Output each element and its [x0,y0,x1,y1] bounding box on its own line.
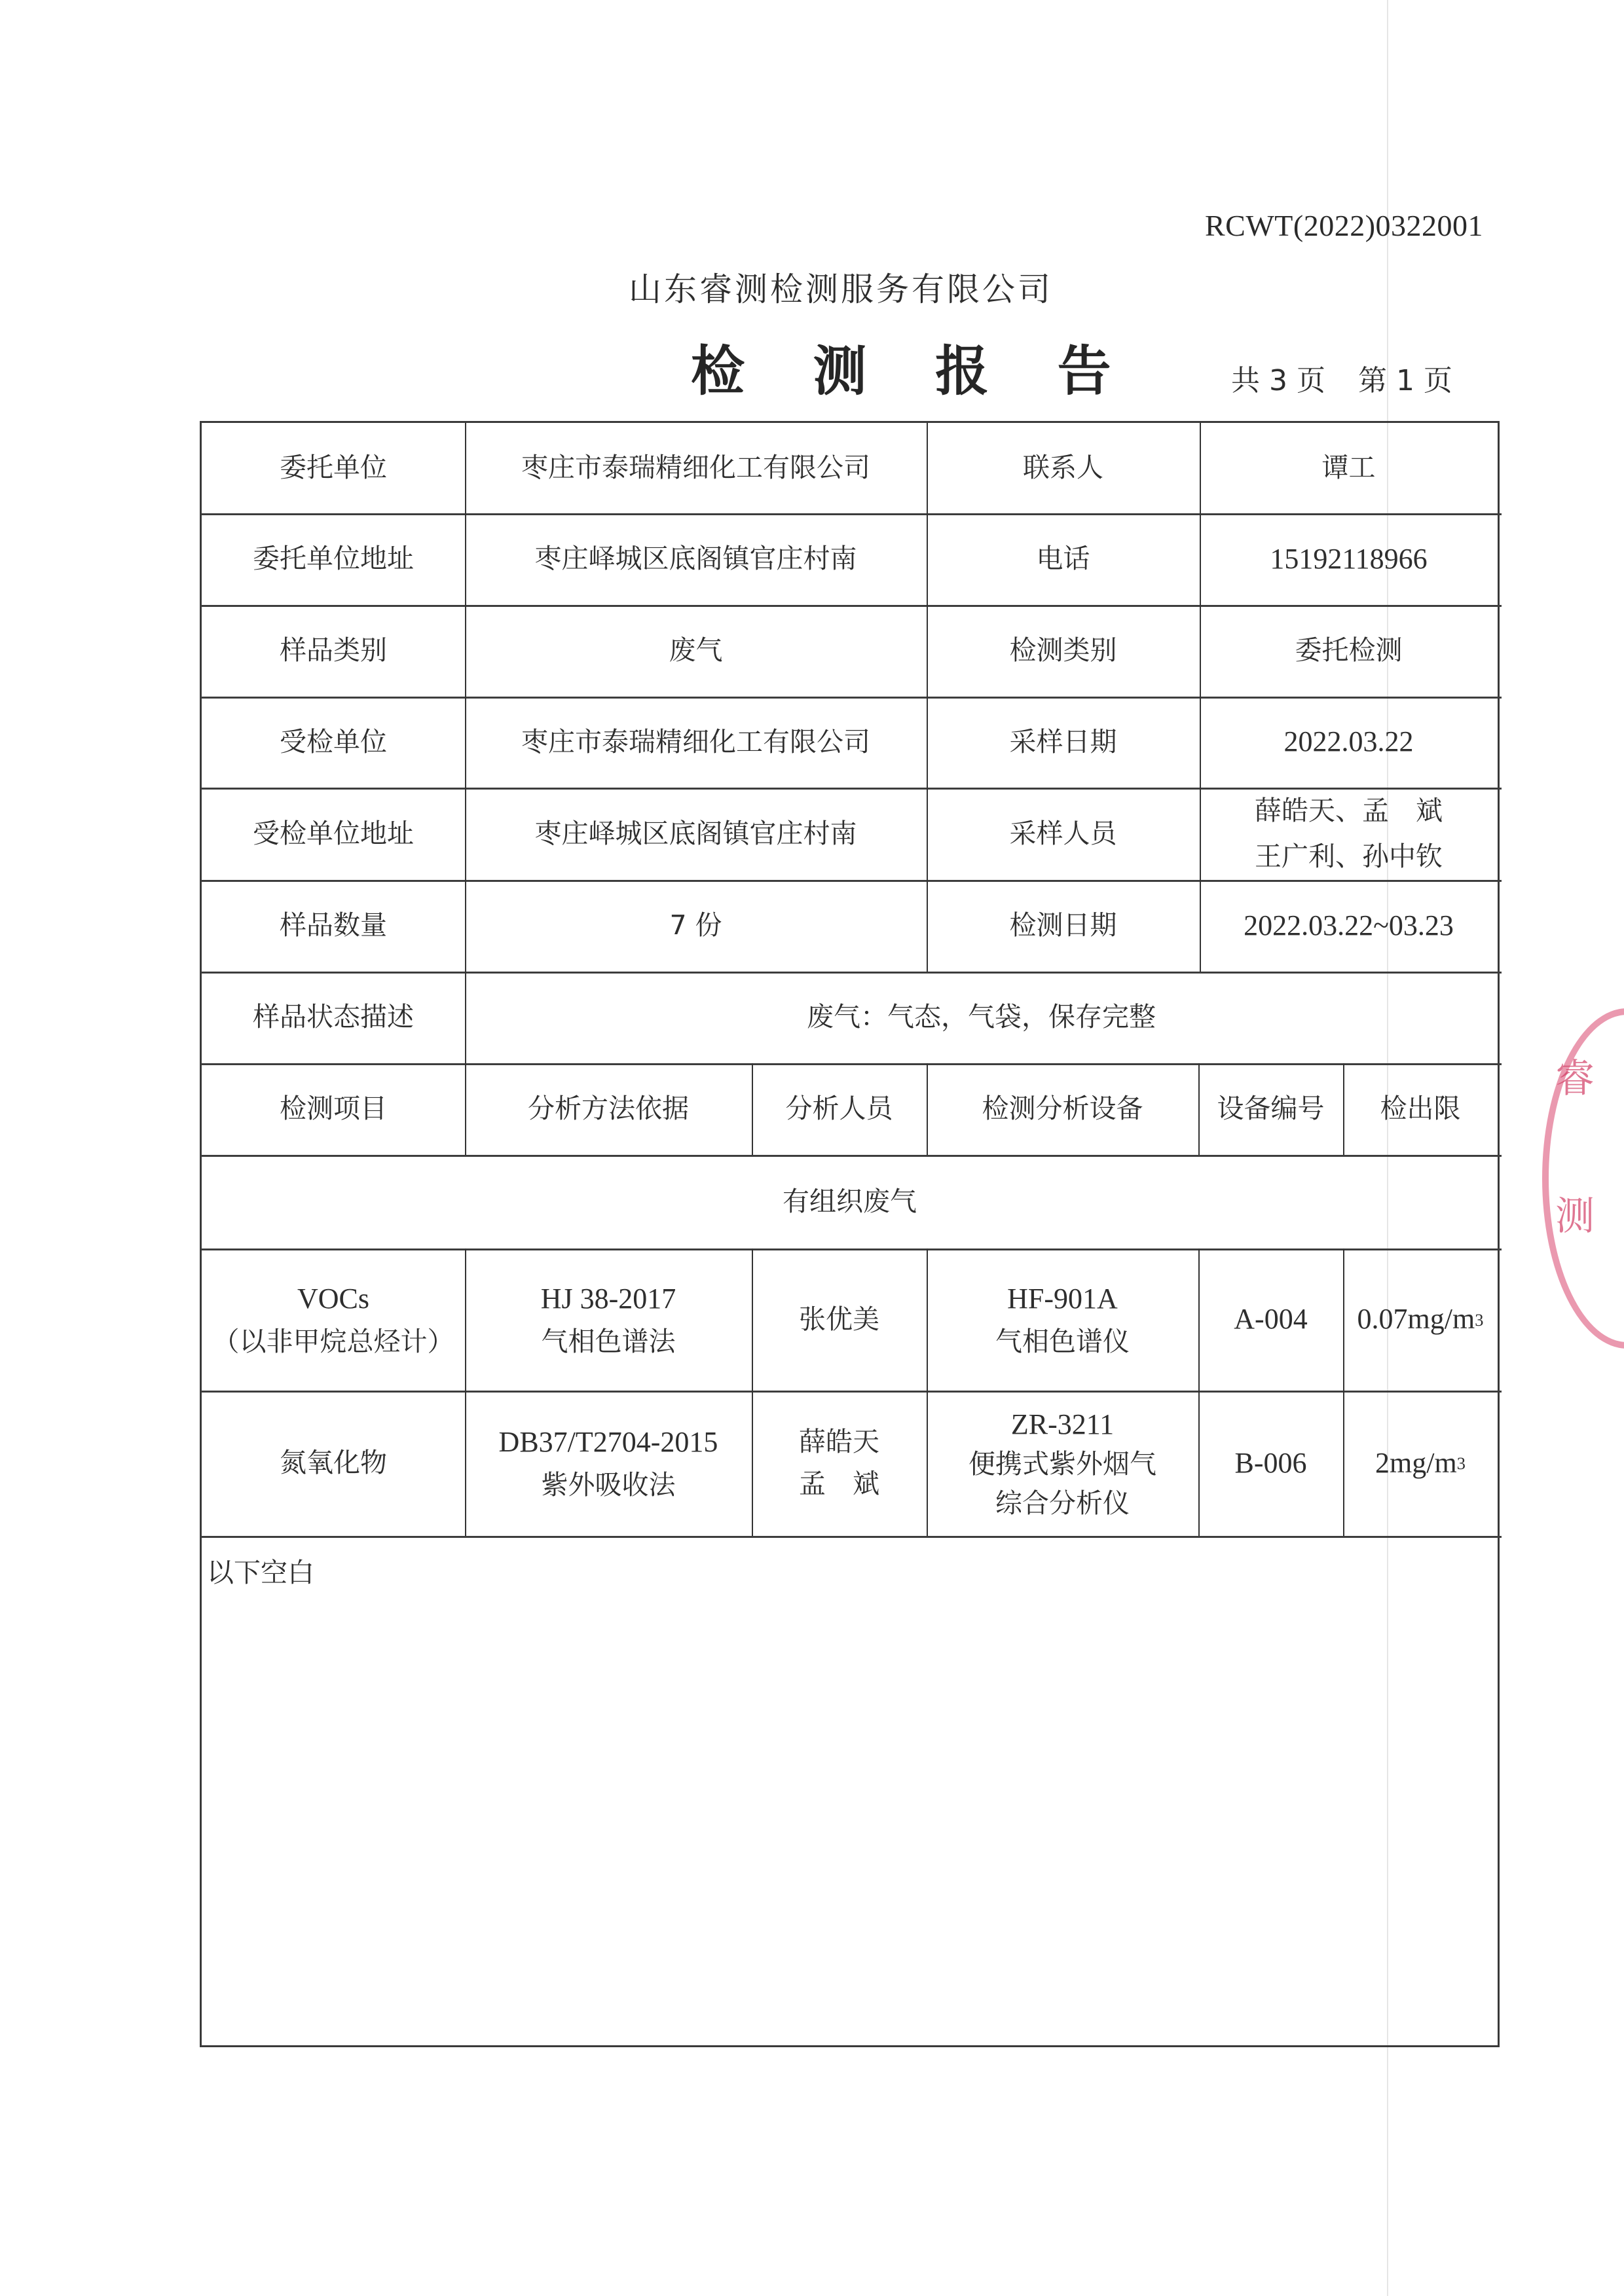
inspected-unit-value: 枣庄市泰瑞精细化工有限公司 [465,697,927,788]
samplers-value: 薛皓天、孟 斌 王广利、孙中钦 [1200,788,1498,880]
item-name: 氮氧化物 [280,1442,387,1484]
phone-label: 电话 [927,513,1200,605]
col-header-equipment: 检测分析设备 [927,1063,1198,1155]
method-name: 气相色谱法 [542,1321,676,1363]
col-header-equipment-id: 设备编号 [1198,1063,1343,1155]
test-type-value: 委托检测 [1200,605,1498,697]
table-row-item: 氮氧化物 [202,1391,465,1536]
seal-char: 睿 [1555,1048,1595,1104]
inspected-address-value: 枣庄峄城区底阁镇官庄村南 [465,788,927,880]
page-indicator: 共 3 页 第 1 页 [1231,357,1452,399]
detection-limit-value: 2mg/m [1375,1441,1457,1485]
inspected-unit-label: 受检单位 [202,697,465,788]
sample-count-value: 7 份 [465,880,927,972]
sample-count-label: 样品数量 [202,880,465,972]
table-row-detection-limit: 0.07mg/m3 [1343,1248,1498,1391]
report-table: 委托单位 枣庄市泰瑞精细化工有限公司 联系人 谭工 委托单位地址 枣庄峄城区底阁… [200,421,1500,2047]
table-row-equipment: ZR-3211 便携式紫外烟气 综合分析仪 [927,1391,1198,1536]
blank-area: 以下空白 [202,1538,1498,2045]
test-type-label: 检测类别 [927,605,1200,697]
sampling-date-label: 采样日期 [927,697,1200,788]
detection-limit-value: 0.07mg/m [1357,1297,1475,1341]
col-header-analyst: 分析人员 [752,1063,927,1155]
page-title: 检 测 报 告 [691,329,1136,405]
samplers-label: 采样人员 [927,788,1200,880]
section-title: 有组织废气 [202,1155,1498,1248]
analyst-name: 孟 斌 [799,1463,879,1505]
table-row-item: VOCs （以非甲烷总烃计） [202,1248,465,1391]
col-header-item: 检测项目 [202,1063,465,1155]
test-date-value: 2022.03.22~03.23 [1200,880,1498,972]
sample-state-label: 样品状态描述 [202,972,465,1063]
samplers-line-1: 薛皓天、孟 斌 [1255,788,1443,834]
equipment-model: ZR-3211 [1011,1404,1114,1446]
analyst-name: 薛皓天 [799,1421,879,1463]
table-row-analyst: 薛皓天 孟 斌 [752,1391,927,1536]
table-row-equipment-id: A-004 [1198,1248,1343,1391]
client-address-value: 枣庄峄城区底阁镇官庄村南 [465,513,927,605]
client-address-label: 委托单位地址 [202,513,465,605]
client-label: 委托单位 [202,423,465,513]
contact-label: 联系人 [927,423,1200,513]
samplers-line-2: 王广利、孙中钦 [1255,834,1443,880]
table-row-method: HJ 38-2017 气相色谱法 [465,1248,752,1391]
total-pages: 共 3 页 [1231,357,1325,399]
sample-type-label: 样品类别 [202,605,465,697]
table-row-method: DB37/T2704-2015 紫外吸收法 [465,1391,752,1536]
test-date-label: 检测日期 [927,880,1200,972]
report-number: RCWT(2022)0322001 [1205,208,1483,243]
blank-note: 以下空白 [207,1551,314,1590]
client-value: 枣庄市泰瑞精细化工有限公司 [465,423,927,513]
equipment-name-cont: 综合分析仪 [995,1484,1130,1523]
equipment-name: 便携式紫外烟气 [969,1445,1156,1484]
method-code: HJ 38-2017 [541,1277,676,1321]
method-name: 紫外吸收法 [542,1465,676,1506]
table-row-analyst: 张优美 [752,1248,927,1391]
table-row-equipment: HF-901A 气相色谱仪 [927,1248,1198,1391]
equipment-model: HF-901A [1007,1277,1118,1321]
col-header-method: 分析方法依据 [465,1063,752,1155]
current-page: 第 1 页 [1358,357,1452,399]
company-name: 山东睿测检测服务有限公司 [629,263,1053,310]
table-row-equipment-id: B-006 [1198,1391,1343,1536]
table-row-detection-limit: 2mg/m3 [1343,1391,1498,1536]
sample-state-value: 废气：气态，气袋，保存完整 [465,972,1498,1063]
phone-value: 15192118966 [1200,513,1498,605]
sampling-date-value: 2022.03.22 [1200,697,1498,788]
item-name: VOCs [297,1277,369,1321]
item-note: （以非甲烷总烃计） [213,1321,454,1363]
seal-char: 测 [1555,1185,1595,1241]
equipment-name: 气相色谱仪 [995,1321,1130,1363]
sample-type-value: 废气 [465,605,927,697]
col-header-detection-limit: 检出限 [1343,1063,1498,1155]
analyst-name: 张优美 [799,1299,879,1341]
method-code: DB37/T2704-2015 [499,1420,718,1465]
inspected-address-label: 受检单位地址 [202,788,465,880]
contact-value: 谭工 [1200,423,1498,513]
